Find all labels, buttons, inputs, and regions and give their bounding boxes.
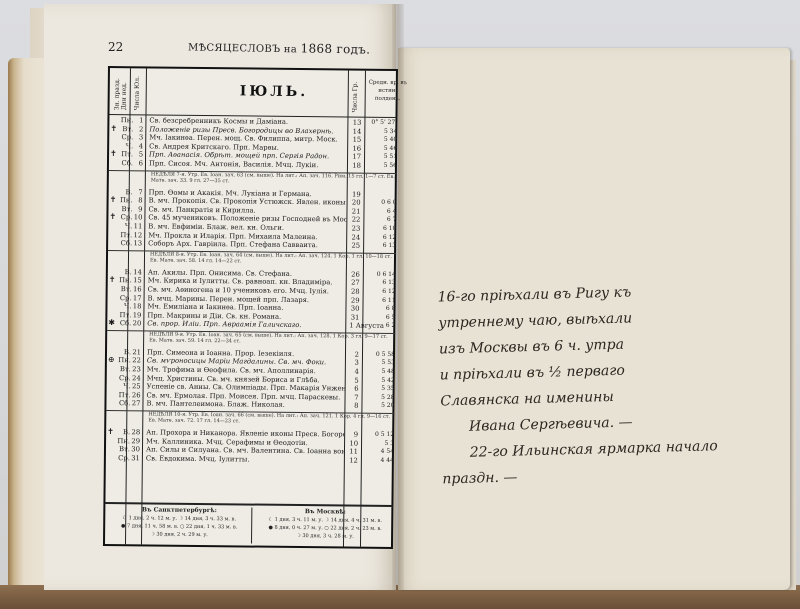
julian-day: 26 <box>129 391 141 400</box>
julian-day: 1 <box>131 116 143 125</box>
gregorian-day: 10 <box>348 439 358 448</box>
gregorian-day: 29 <box>350 296 360 305</box>
julian-day: 21 <box>129 348 141 357</box>
julian-day: 24 <box>129 374 141 383</box>
julian-day: 31 <box>128 454 140 463</box>
julian-day: 16 <box>130 285 142 294</box>
julian-day: 12 <box>130 231 142 240</box>
gregorian-day: 31 <box>349 313 359 322</box>
julian-day: 11 <box>130 222 142 231</box>
gregorian-day: 27 <box>350 279 360 288</box>
spb-line: ☽ 30 дня, 2 ч. 29 м. у. <box>150 531 208 538</box>
julian-day: 25 <box>129 382 141 391</box>
mean-noon-time: 5 34 <box>371 127 397 136</box>
julian-day: 28 <box>128 428 140 437</box>
julian-day: 13 <box>130 239 142 248</box>
gregorian-day: 6 <box>349 385 359 394</box>
month-title: ІЮЛЬ. <box>240 83 309 100</box>
spb-line: ● 7 дня, 11 ч. 58 м. в. ○ 22 дня, 1 ч. 3… <box>121 523 237 530</box>
julian-day: 7 <box>131 188 143 197</box>
gregorian-day: 26 <box>350 270 360 279</box>
mean-noon-time: 5 35 <box>369 385 395 394</box>
saints-text: Соборъ Арх. Гавріила. Прп. Стефана Савва… <box>148 240 346 251</box>
mean-noon-time: 5 51 <box>371 153 397 162</box>
mean-noon-time: 5 40 <box>371 136 397 145</box>
table-row: ✱Сб.20Св. прор. Иліи. Прп. Авраамія Гали… <box>107 319 395 331</box>
julian-day: 4 <box>131 142 143 151</box>
julian-day: 19 <box>129 311 141 320</box>
mean-noon-time: 6 12 <box>370 288 396 297</box>
header-mean-time: Средн. вр. въ истин. полдень. <box>368 79 408 103</box>
mean-noon-time: 5 46 <box>371 145 397 154</box>
saints-text: Прп. Сисоя. Мч. Антонія, Василія. Мчц. Л… <box>149 159 347 170</box>
julian-day: 27 <box>128 400 140 409</box>
julian-day: 15 <box>130 277 142 286</box>
gregorian-day: 16 <box>351 144 361 153</box>
gregorian-day: 12 <box>348 456 358 465</box>
page-number: 22 <box>108 40 123 54</box>
table-row: Сб.6Прп. Сисоя. Мч. Антонія, Василія. Мч… <box>109 159 397 171</box>
running-title-year: 1868 годъ. <box>300 41 370 56</box>
mean-noon-time: 6 7 <box>370 216 396 225</box>
mean-noon-time: 5 53 <box>369 359 395 368</box>
julian-day: 23 <box>129 365 141 374</box>
handwritten-note: 16-го пріѣхали въ Ригу къ утреннему чаю,… <box>437 276 782 493</box>
moon-phases-moscow: Въ Москвѣ: ☾ 1 дня, 3 ч. 11 м. у. ☽ 14 д… <box>255 508 395 541</box>
mean-noon-time: 4 44 <box>368 457 394 466</box>
julian-day: 2 <box>131 125 143 134</box>
footer-divider <box>251 508 252 544</box>
mean-noon-time: 5 28 <box>368 394 394 403</box>
julian-day: 8 <box>131 196 143 205</box>
gregorian-day: 2 <box>349 350 359 359</box>
mean-noon-time: 6 5 <box>369 313 395 322</box>
gregorian-day: 21 <box>350 207 360 216</box>
mean-noon-time: 6 8 <box>369 305 395 314</box>
julian-day: 29 <box>128 437 140 446</box>
saints-text: Св. Евдокима. Мчц. Іулитты. <box>146 454 344 465</box>
gregorian-day: 25 <box>350 242 360 251</box>
saints-text: В. мч. Пантелеимона. Блаж. Николая. <box>146 400 344 411</box>
moscow-line: ● 8 дня, 0 ч. 27 м. у. ○ 22 дня, 2 ч. 23… <box>269 525 382 532</box>
gregorian-day: 30 <box>349 305 359 314</box>
calendar-table: Зн. празд. Дни нед. Числа Юл. ІЮЛЬ. Числ… <box>103 66 398 549</box>
gregorian-day: 13 <box>351 119 361 128</box>
mean-noon-time: 6 12 <box>370 233 396 242</box>
gregorian-day: 3 <box>349 359 359 368</box>
mean-noon-time: 6 11 <box>370 296 396 305</box>
gregorian-day: 23 <box>350 224 360 233</box>
saints-text: Св. прор. Иліи. Прп. Авраамія Галичскаго… <box>147 320 345 331</box>
gregorian-day: 7 <box>348 393 358 402</box>
mean-noon-time: 5 20 <box>368 402 394 411</box>
julian-day: 17 <box>130 294 142 303</box>
sunday-readings-text: НЕДѢЛЯ 7-я. Утр. Ев. Іоан. зач. 63 (см. … <box>151 171 395 184</box>
sunday-readings-text: НЕДѢЛЯ 9-я. Утр. Ев. Іоан. зач. 65 (см. … <box>149 331 388 344</box>
moscow-line: ☾ 1 дня, 3 ч. 11 м. у. ☽ 14 дня, 4 ч. 31… <box>269 517 382 524</box>
spb-line: ☾ 1 дня, 2 ч. 12 м. у. ☽ 14 дня, 3 ч. 33… <box>123 515 236 522</box>
mean-noon-time: 5 48 <box>369 368 395 377</box>
mean-noon-time: 4 54 <box>368 448 394 457</box>
julian-day: 10 <box>130 214 142 223</box>
gregorian-day: 24 <box>350 233 360 242</box>
gregorian-day: 20 <box>351 199 361 208</box>
gregorian-day: 18 <box>351 162 361 171</box>
julian-day: 9 <box>130 205 142 214</box>
mean-noon-time: 5 3 <box>368 439 394 448</box>
sunday-readings-text: НЕДѢЛЯ 10-я. Утр. Ев. Іоан. зач. 66 (см.… <box>148 411 390 424</box>
table-row: Сб.13Соборъ Арх. Гавріила. Прп. Стефана … <box>108 239 396 251</box>
gregorian-day: 17 <box>351 153 361 162</box>
gregorian-day: 11 <box>348 448 358 457</box>
table-header: Зн. празд. Дни нед. Числа Юл. ІЮЛЬ. Числ… <box>109 68 397 118</box>
gregorian-day: 5 <box>349 376 359 385</box>
running-title-text: МѢСЯЦЕСЛОВЪ на <box>188 42 297 55</box>
sunday-readings-text: НЕДѢЛЯ 8-я. Утр. Ев. Іоан. зач. 64 (см. … <box>150 251 392 264</box>
gregorian-day: 1 Августа <box>349 322 359 331</box>
mean-noon-time: 5 56 <box>371 162 397 171</box>
mean-noon-time: 6 4 <box>370 208 396 217</box>
mean-noon-time: 6 2 <box>369 322 395 331</box>
moon-phases-spb: Въ Санктпетербургѣ: ☾ 1 дня, 2 ч. 12 м. … <box>109 506 249 539</box>
julian-day: 3 <box>131 133 143 142</box>
mean-noon-time: 0° 5' 27" <box>371 119 397 128</box>
julian-day: 30 <box>128 445 140 454</box>
header-julian-day: Числа Юл. <box>134 72 141 110</box>
header-feast-weekday: Зн. празд. Дни нед. <box>114 72 128 110</box>
gregorian-day: 9 <box>348 431 358 440</box>
table-row: Ср.31Св. Евдокима. Мчц. Іулитты.124 44 <box>106 454 394 466</box>
julian-day: 22 <box>129 357 141 366</box>
mean-noon-time: 0 5 12 <box>368 431 394 440</box>
mean-noon-time: 0 6 0 <box>371 199 397 208</box>
julian-day: 20 <box>129 320 141 329</box>
gregorian-day: 14 <box>351 127 361 136</box>
julian-day: 18 <box>129 302 141 311</box>
book-fore-edge <box>8 58 48 598</box>
julian-day: 14 <box>130 268 142 277</box>
gregorian-day: 22 <box>350 216 360 225</box>
gregorian-day: 4 <box>349 368 359 377</box>
mean-noon-time: 6 13 <box>370 242 396 251</box>
julian-day: 5 <box>131 151 143 160</box>
spb-title: Въ Санктпетербургѣ: <box>142 506 217 514</box>
moon-phases-footer: Въ Санктпетербургѣ: ☾ 1 дня, 2 ч. 12 м. … <box>105 502 393 547</box>
julian-day: 6 <box>131 159 143 168</box>
mean-noon-time: 5 42 <box>369 376 395 385</box>
mean-noon-time: 6 10 <box>370 225 396 234</box>
gregorian-day: 15 <box>351 136 361 145</box>
mean-noon-time: 6 13 <box>370 279 396 288</box>
mean-noon-time: 0 5 58 <box>369 351 395 360</box>
table-body: Пн.1Св. безсребренникъ Космы и Даміана.1… <box>106 116 398 465</box>
moscow-title: Въ Москвѣ: <box>305 508 346 515</box>
gregorian-day: 28 <box>350 287 360 296</box>
gregorian-day: 19 <box>351 190 361 199</box>
table-row: Сб.27В. мч. Пантелеимона. Блаж. Николая.… <box>106 399 394 411</box>
mean-noon-time: 0 6 14 <box>370 270 396 279</box>
gregorian-day: 8 <box>348 402 358 411</box>
header-gregorian-day: Числа Гр. <box>352 75 359 113</box>
moscow-line: ☽ 30 дня, 3 ч. 28 м. у. <box>296 533 354 540</box>
